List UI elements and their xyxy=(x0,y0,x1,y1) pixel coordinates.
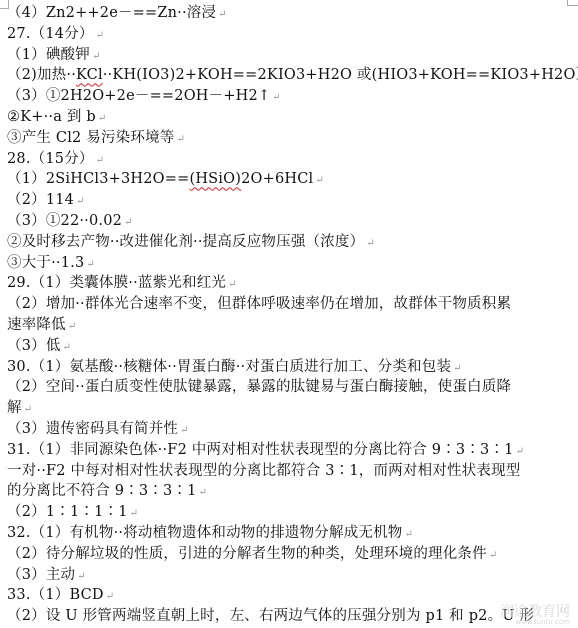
paragraph-mark-icon: ↵ xyxy=(124,217,133,228)
line-text: 的分离比不符合 9∶3∶3∶1 xyxy=(7,483,197,499)
paragraph-mark-icon: ↵ xyxy=(180,425,189,436)
text-line[interactable]: 30.（1）氨基酸··核糖体··胃蛋白酶··对蛋白质进行加工、分类和包装↵ xyxy=(0,357,578,378)
line-text: ③大于··1.3 xyxy=(7,255,84,271)
text-segment: ··KH(IO3)2+KOH==2KIO3+H2O 或(HIO3+KOH==KI… xyxy=(103,67,578,83)
text-line[interactable]: 速率降低↵ xyxy=(0,315,578,336)
line-text: 28.（15分） xyxy=(7,151,94,167)
line-text: 27.（14分） xyxy=(7,26,94,42)
line-text: 33.（1）BCD xyxy=(7,587,104,603)
line-text: 速率降低 xyxy=(7,317,66,333)
watermark: 润途教育网 www.tuntu.com xyxy=(500,601,570,626)
paragraph-mark-icon: ↵ xyxy=(76,196,85,207)
text-line[interactable]: （2）空间··蛋白质变性使肽键暴露，暴露的肽键易与蛋白酶接触，使蛋白质降 xyxy=(0,377,578,398)
text-line[interactable]: 29.（1）类囊体膜··蓝紫光和红光↵ xyxy=(0,273,578,294)
text-line[interactable]: （3）①2H2O+2e－==2OH－+H2↑↵ xyxy=(0,86,578,107)
spellcheck-flagged-text[interactable]: (HSiO) xyxy=(189,171,241,187)
paragraph-mark-icon: ↵ xyxy=(272,92,281,103)
line-text: （3）主动 xyxy=(7,567,75,583)
line-text: （4）Zn2++2e－==Zn··溶浸 xyxy=(7,5,216,21)
line-text: （2）设 U 形管两端竖直朝上时，左、右两边气体的压强分别为 p1 和 p2。U… xyxy=(7,608,534,624)
line-text: （3）①2H2O+2e－==2OH－+H2↑ xyxy=(7,88,270,104)
text-line[interactable]: 28.（15分）↵ xyxy=(0,149,578,170)
text-line[interactable]: （4）Zn2++2e－==Zn··溶浸↵ xyxy=(0,3,578,24)
text-line[interactable]: ③大于··1.3↵ xyxy=(0,253,578,274)
text-line[interactable]: 33.（1）BCD↵ xyxy=(0,585,578,606)
line-text: （2）待分解垃圾的性质，引进的分解者生物的种类，处理环境的理化条件 xyxy=(7,546,487,562)
line-text: （2）1∶1∶1∶1 xyxy=(7,504,128,520)
text-line[interactable]: （3）低↵ xyxy=(0,336,578,357)
text-line[interactable]: （1）碘酸钾↵ xyxy=(0,45,578,66)
paragraph-mark-icon: ↵ xyxy=(199,487,208,498)
text-line[interactable]: ②及时移去产物··改进催化剂··提高反应物压强（浓度）↵ xyxy=(0,232,578,253)
text-line[interactable]: （2)加热··KCl··KH(IO3)2+KOH==2KIO3+H2O 或(HI… xyxy=(0,65,578,86)
paragraph-mark-icon: ↵ xyxy=(366,238,375,249)
text-line[interactable]: （3）主动↵ xyxy=(0,565,578,586)
text-line[interactable]: （2）设 U 形管两端竖直朝上时，左、右两边气体的压强分别为 p1 和 p2。U… xyxy=(0,606,578,627)
paragraph-mark-icon: ↵ xyxy=(218,9,227,20)
line-text: 解 xyxy=(7,400,22,416)
paragraph-mark-icon: ↵ xyxy=(453,363,462,374)
paragraph-mark-icon: ↵ xyxy=(516,446,525,457)
text-line[interactable]: （1）2SiHCl3+3H2O==(HSiO)2O+6HCl↵ xyxy=(0,169,578,190)
paragraph-mark-icon: ↵ xyxy=(315,175,324,186)
text-line[interactable]: 27.（14分）↵ xyxy=(0,24,578,45)
line-text: 31.（1）非同源染色体··F2 中两对相对性状表现型的分离比符合 9∶3∶3∶… xyxy=(7,442,514,458)
paragraph-mark-icon: ↵ xyxy=(86,259,95,270)
paragraph-mark-icon: ↵ xyxy=(106,591,115,602)
line-text: （2）增加··群体光合速率不变，但群体呼吸速率仍在增加，故群体干物质积累 xyxy=(7,296,511,312)
line-text: （3）遗传密码具有简并性 xyxy=(7,421,178,437)
line-text: （3）低 xyxy=(7,338,61,354)
paragraph-mark-icon: ↵ xyxy=(96,30,105,41)
text-line[interactable]: （3）遗传密码具有简并性↵ xyxy=(0,419,578,440)
text-line[interactable]: 32.（1）有机物··将动植物遗体和动物的排遗物分解成无机物↵ xyxy=(0,523,578,544)
line-text: 32.（1）有机物··将动植物遗体和动物的排遗物分解成无机物 xyxy=(7,525,403,541)
document-page: （4）Zn2++2e－==Zn··溶浸↵27.（14分）↵（1）碘酸钾↵（2)加… xyxy=(0,3,578,627)
line-text: ③产生 Cl2 易污染环境等 xyxy=(7,130,174,146)
paragraph-mark-icon: ↵ xyxy=(98,113,107,124)
text-line[interactable]: ③产生 Cl2 易污染环境等↵ xyxy=(0,128,578,149)
paragraph-mark-icon: ↵ xyxy=(405,529,414,540)
paragraph-mark-icon: ↵ xyxy=(130,508,139,519)
text-line[interactable]: 一对··F2 中每对相对性状表现型的分离比都符合 3∶1，而两对相对性状表现型 xyxy=(0,461,578,482)
text-segment: 2O+6HCl xyxy=(241,171,313,187)
text-segment: （2)加热·· xyxy=(7,67,76,83)
text-line[interactable]: （2）待分解垃圾的性质，引进的分解者生物的种类，处理环境的理化条件↵ xyxy=(0,544,578,565)
paragraph-mark-icon: ↵ xyxy=(489,550,498,561)
text-line[interactable]: （3）①22··0.02↵ xyxy=(0,211,578,232)
line-text: （2）空间··蛋白质变性使肽键暴露，暴露的肽键易与蛋白酶接触，使蛋白质降 xyxy=(7,379,511,395)
paragraph-mark-icon: ↵ xyxy=(96,155,105,166)
text-segment: （1）2SiHCl3+3H2O== xyxy=(7,171,189,187)
line-text: （1）碘酸钾 xyxy=(7,47,90,63)
paragraph-mark-icon: ↵ xyxy=(68,321,77,332)
paragraph-mark-icon: ↵ xyxy=(92,51,101,62)
line-text: （3）①22··0.02 xyxy=(7,213,122,229)
text-line[interactable]: ②K+··a 到 b↵ xyxy=(0,107,578,128)
text-line[interactable]: 31.（1）非同源染色体··F2 中两对相对性状表现型的分离比符合 9∶3∶3∶… xyxy=(0,440,578,461)
paragraph-mark-icon: ↵ xyxy=(77,571,86,582)
paragraph-mark-icon: ↵ xyxy=(228,279,237,290)
paragraph-mark-icon: ↵ xyxy=(24,404,33,415)
line-text: ②K+··a 到 b xyxy=(7,109,96,125)
line-text: 一对··F2 中每对相对性状表现型的分离比都符合 3∶1，而两对相对性状表现型 xyxy=(7,463,520,479)
line-text: 30.（1）氨基酸··核糖体··胃蛋白酶··对蛋白质进行加工、分类和包装 xyxy=(7,359,451,375)
spellcheck-flagged-text[interactable]: KCl xyxy=(76,67,103,83)
text-line[interactable]: 的分离比不符合 9∶3∶3∶1↵ xyxy=(0,481,578,502)
line-text: 29.（1）类囊体膜··蓝紫光和红光 xyxy=(7,275,226,291)
text-line[interactable]: （2）增加··群体光合速率不变，但群体呼吸速率仍在增加，故群体干物质积累 xyxy=(0,294,578,315)
text-line[interactable]: （2）114↵ xyxy=(0,190,578,211)
text-line[interactable]: 解↵ xyxy=(0,398,578,419)
paragraph-mark-icon: ↵ xyxy=(176,134,185,145)
line-text: ②及时移去产物··改进催化剂··提高反应物压强（浓度） xyxy=(7,234,364,250)
line-text: （2）114 xyxy=(7,192,74,208)
paragraph-mark-icon: ↵ xyxy=(63,342,72,353)
text-line[interactable]: （2）1∶1∶1∶1↵ xyxy=(0,502,578,523)
